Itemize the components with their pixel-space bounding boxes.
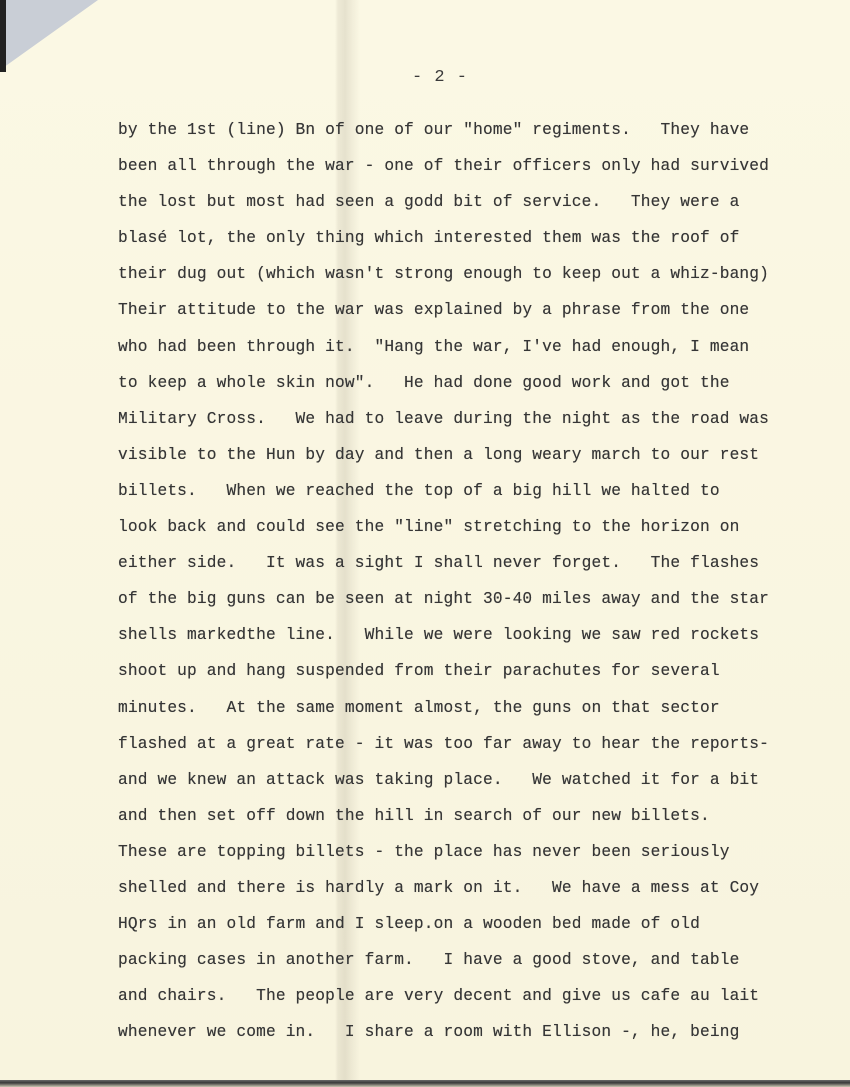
text-line: and then set off down the hill in search… [118,802,838,838]
text-line: shells markedthe line. While we were loo… [118,621,838,657]
text-line: and chairs. The people are very decent a… [118,982,838,1018]
folded-corner-edge [0,0,6,72]
text-line: HQrs in an old farm and I sleep.on a woo… [118,910,838,946]
text-line: minutes. At the same moment almost, the … [118,694,838,730]
text-line: shelled and there is hardly a mark on it… [118,874,838,910]
text-line: visible to the Hun by day and then a lon… [118,441,838,477]
text-line: of the big guns can be seen at night 30-… [118,585,838,621]
text-line: their dug out (which wasn't strong enoug… [118,260,838,296]
text-line: and we knew an attack was taking place. … [118,766,838,802]
text-line: Their attitude to the war was explained … [118,296,838,332]
text-line: blasé lot, the only thing which interest… [118,224,838,260]
text-line: flashed at a great rate - it was too far… [118,730,838,766]
text-line: Military Cross. We had to leave during t… [118,405,838,441]
text-line: who had been through it. "Hang the war, … [118,333,838,369]
text-line: been all through the war - one of their … [118,152,838,188]
text-line: to keep a whole skin now". He had done g… [118,369,838,405]
text-line: look back and could see the "line" stret… [118,513,838,549]
letter-page: - 2 - by the 1st (line) Bn of one of our… [0,0,850,1080]
text-line: the lost but most had seen a godd bit of… [118,188,838,224]
text-line: packing cases in another farm. I have a … [118,946,838,982]
text-line: either side. It was a sight I shall neve… [118,549,838,585]
letter-body: by the 1st (line) Bn of one of our "home… [118,116,838,1054]
text-line: whenever we come in. I share a room with… [118,1018,838,1054]
text-line: shoot up and hang suspended from their p… [118,657,838,693]
page-bottom-edge [0,1080,850,1087]
text-line: billets. When we reached the top of a bi… [118,477,838,513]
page-number: - 2 - [0,68,850,87]
text-line: by the 1st (line) Bn of one of our "home… [118,116,838,152]
text-line: These are topping billets - the place ha… [118,838,838,874]
